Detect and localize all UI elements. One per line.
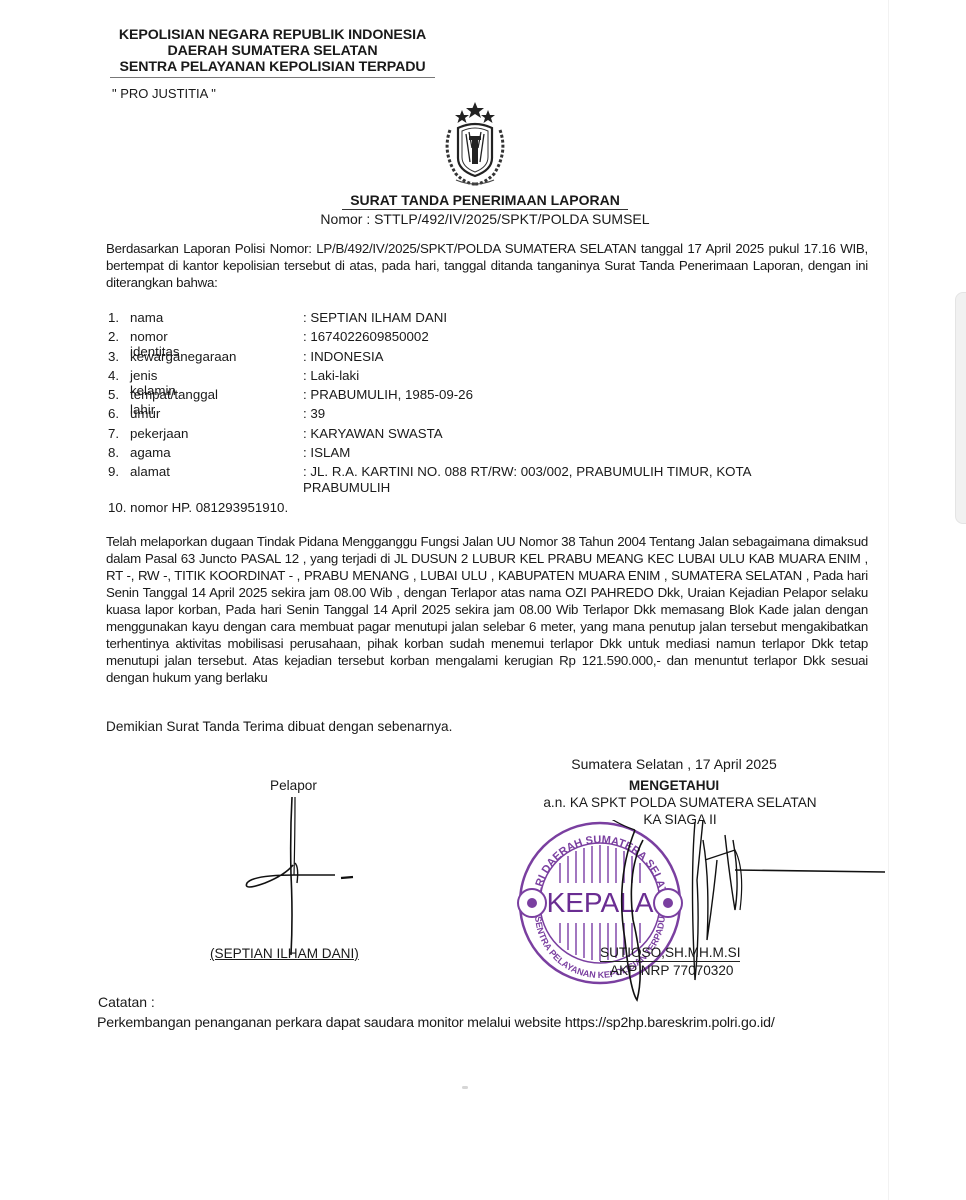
field-value: : JL. R.A. KARTINI NO. 088 RT/RW: 003/00… [303,464,823,496]
edge-scroll-handle[interactable] [955,292,966,524]
field-number: 3. [108,349,128,364]
letterhead-divider [110,77,435,78]
field-label: kewarganegaraan [130,349,236,364]
field-label: alamat [130,464,170,479]
document-number: Nomor : STTLP/492/IV/2025/SPKT/POLDA SUM… [300,211,670,228]
reporter-name: (SEPTIAN ILHAM DANI) [210,946,359,961]
report-body-paragraph: Telah melaporkan dugaan Tindak Pidana Me… [106,533,868,686]
police-emblem-icon [436,100,514,188]
field-value: : Laki-laki [303,368,823,384]
field-value: : INDONESIA [303,349,823,365]
document-title: SURAT TANDA PENERIMAAN LAPORAN Nomor : S… [300,192,670,228]
intro-paragraph: Berdasarkan Laporan Polisi Nomor: LP/B/4… [106,240,868,291]
note-text: Perkembangan penanganan perkara dapat sa… [97,1015,775,1031]
title-main: SURAT TANDA PENERIMAAN LAPORAN [342,192,628,210]
field-number: 9. [108,464,128,479]
field-value: : 39 [303,406,823,422]
field-label: pekerjaan [130,426,188,441]
letterhead-line-2: DAERAH SUMATERA SELATAN [110,43,435,59]
field-number: 8. [108,445,128,460]
field-value: : ISLAM [303,445,823,461]
on-behalf-of: a.n. KA SPKT POLDA SUMATERA SELATAN [515,795,845,810]
closing-statement: Demikian Surat Tanda Terima dibuat denga… [106,719,452,734]
field-number: 6. [108,406,128,421]
field-number: 2. [108,329,128,344]
field-value: : 1674022609850002 [303,329,823,345]
acknowledged-heading: MENGETAHUI [540,778,808,793]
reporter-signature-icon [235,795,365,965]
scan-speck [462,1086,468,1089]
field-label: nama [130,310,163,325]
letterhead-line-1: KEPOLISIAN NEGARA REPUBLIK INDONESIA [110,27,435,43]
field-label: agama [130,445,171,460]
field-number: 1. [108,310,128,325]
field-value: : SEPTIAN ILHAM DANI [303,310,823,326]
note-label: Catatan : [98,994,155,1010]
stamp-center-text: KEPALA [547,887,654,918]
field-number: 7. [108,426,128,441]
field-number: 5. [108,387,128,402]
place-date: Sumatera Selatan , 17 April 2025 [540,756,808,772]
field-value: : KARYAWAN SWASTA [303,426,823,442]
field-number: 4. [108,368,128,383]
officer-name: SUTIOSO,SH.MH.M.SI [600,945,740,962]
letterhead: KEPOLISIAN NEGARA REPUBLIK INDONESIA DAE… [110,27,435,78]
officer-rank-nrp: AKP NRP 77070320 [610,963,733,978]
pro-justitia-label: " PRO JUSTITIA " [112,86,216,101]
field-label: umur [130,406,160,421]
reporter-label: Pelapor [270,778,317,793]
letterhead-line-3: SENTRA PELAYANAN KEPOLISIAN TERPADU [110,59,435,75]
phone-number-line: 10. nomor HP. 081293951910. [108,500,288,515]
field-value: : PRABUMULIH, 1985-09-26 [303,387,823,403]
page-edge [888,0,889,1200]
